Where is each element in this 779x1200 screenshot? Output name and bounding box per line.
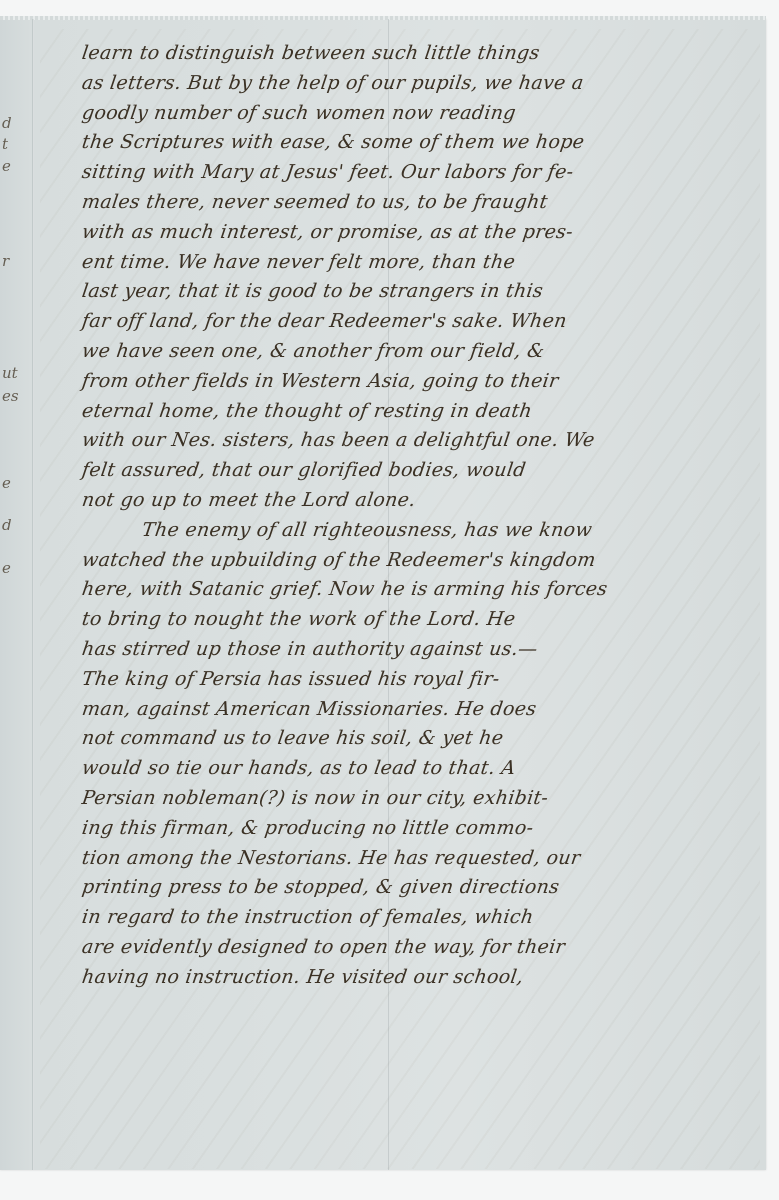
text-line: felt assured, that our glorified bodies,… bbox=[80, 456, 764, 486]
text-line: not command us to leave his soil, & yet … bbox=[80, 724, 764, 754]
text-line: far off land, for the dear Redeemer's sa… bbox=[80, 307, 764, 337]
text-line: Persian nobleman(?) is now in our city, … bbox=[80, 784, 764, 814]
text-line: with our Nes. sisters, has been a deligh… bbox=[80, 426, 764, 456]
margin-fragment: r bbox=[2, 252, 9, 270]
text-line: are evidently designed to open the way, … bbox=[80, 933, 764, 963]
text-line: from other fields in Western Asia, going… bbox=[80, 367, 764, 397]
text-line: in regard to the instruction of females,… bbox=[80, 903, 764, 933]
handwritten-text: learn to distinguish between such little… bbox=[82, 39, 762, 993]
margin-fragment: d bbox=[2, 114, 12, 132]
text-line: eternal home, the thought of resting in … bbox=[80, 397, 764, 427]
text-line: The enemy of all righteousness, has we k… bbox=[80, 516, 764, 546]
margin-fragment: d bbox=[2, 516, 12, 534]
text-line: here, with Satanic grief. Now he is armi… bbox=[80, 575, 764, 605]
margin-fragment: t bbox=[2, 135, 8, 153]
text-line: to bring to nought the work of the Lord.… bbox=[80, 605, 764, 635]
text-line: sitting with Mary at Jesus' feet. Our la… bbox=[80, 158, 764, 188]
text-line: ent time. We have never felt more, than … bbox=[80, 248, 764, 278]
text-line: has stirred up those in authority agains… bbox=[80, 635, 764, 665]
letter-page: dterutesede learn to distinguish between… bbox=[0, 19, 766, 1170]
text-line: man, against American Missionaries. He d… bbox=[80, 695, 764, 725]
text-line: last year, that it is good to be strange… bbox=[80, 277, 764, 307]
text-line: goodly number of such women now reading bbox=[80, 99, 764, 129]
text-line: we have seen one, & another from our fie… bbox=[80, 337, 764, 367]
margin-fragment: e bbox=[2, 157, 11, 175]
fold-crease-left bbox=[32, 19, 34, 1170]
text-line: printing press to be stopped, & given di… bbox=[80, 873, 764, 903]
margin-fragment: e bbox=[2, 559, 11, 577]
adjacent-page-margin: dterutesede bbox=[0, 19, 30, 1170]
text-line: with as much interest, or promise, as at… bbox=[80, 218, 764, 248]
text-line: ing this firman, & producing no little c… bbox=[80, 814, 764, 844]
text-line: tion among the Nestorians. He has reques… bbox=[80, 844, 764, 874]
margin-fragment: ut bbox=[2, 364, 18, 382]
text-line: learn to distinguish between such little… bbox=[80, 39, 764, 69]
text-line: the Scriptures with ease, & some of them… bbox=[80, 128, 764, 158]
text-line: The king of Persia has issued his royal … bbox=[80, 665, 764, 695]
margin-fragment: e bbox=[2, 474, 11, 492]
text-line: males there, never seemed to us, to be f… bbox=[80, 188, 764, 218]
text-line: not go up to meet the Lord alone. bbox=[80, 486, 764, 516]
text-line: would so tie our hands, as to lead to th… bbox=[80, 754, 764, 784]
text-line: watched the upbuilding of the Redeemer's… bbox=[80, 546, 764, 576]
text-line: having no instruction. He visited our sc… bbox=[80, 963, 764, 993]
text-line: as letters. But by the help of our pupil… bbox=[80, 69, 764, 99]
margin-fragment: es bbox=[2, 387, 19, 405]
